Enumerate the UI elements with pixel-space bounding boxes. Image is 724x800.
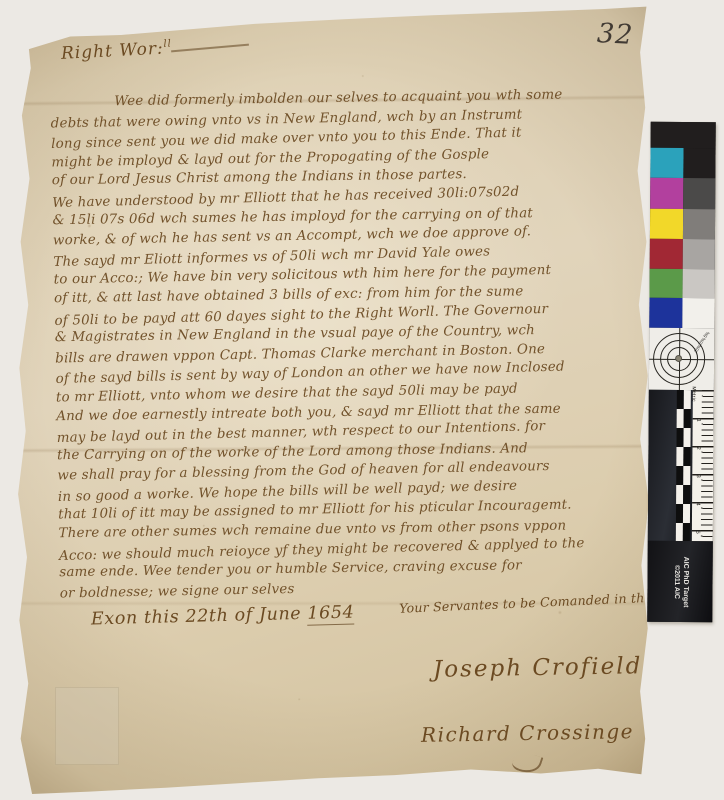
salutation-superscript: ll (163, 38, 172, 49)
gray-patch-dark (683, 178, 715, 209)
dateline: Exon this 22th of June 1654 (91, 603, 355, 630)
checker-column (683, 390, 691, 541)
bullseye-target: 5% 10% 20% (649, 328, 714, 390)
manuscript-photo: Right Wor:ll 32 Wee did formerly imbolde… (0, 0, 724, 800)
color-patch-magenta (650, 178, 683, 209)
gray-patch-black (683, 148, 715, 178)
ruler-number: 1 (695, 419, 701, 422)
color-patch-blue (649, 298, 682, 328)
color-patch-cyan (650, 148, 683, 178)
letter-body: Wee did formerly imbolden our selves to … (50, 84, 632, 604)
gray-patch-white (682, 298, 714, 328)
color-patch-black (651, 122, 716, 148)
dateline-text: Exon this 22th of June (91, 604, 308, 630)
signature-joseph-crofield: Joseph Crofield (433, 653, 643, 683)
ruler-number: 4 (695, 503, 701, 506)
flourish-line (171, 44, 249, 52)
checker-pattern (676, 390, 691, 541)
ruler-number: 2 (695, 447, 701, 450)
calibration-target: 5% 10% 20% Metric 1 2 3 4 5 AIC PhD Targ… (647, 122, 715, 622)
gray-patch-mid (683, 209, 715, 239)
color-patch-green (650, 269, 683, 298)
gray-patch-light (683, 239, 715, 269)
target-copyright: ©2011 AIC (673, 564, 680, 598)
target-title: AIC PhD Target (681, 556, 688, 607)
paper-repair-patch (55, 687, 119, 765)
signature-richard-crossinge: Richard Crossinge (421, 719, 634, 747)
ruler-ticks (692, 390, 714, 541)
color-patch-red (650, 239, 683, 269)
salutation: Right Wor:ll (61, 38, 173, 64)
gray-patch-lighter (683, 269, 715, 298)
ruler-unit-label: Metric (690, 386, 696, 401)
metric-ruler: Metric 1 2 3 4 5 (648, 390, 714, 541)
letter-page: Right Wor:ll 32 Wee did formerly imbolde… (13, 5, 649, 794)
target-label-panel: AIC PhD Target ©2011 AIC (647, 541, 713, 622)
dateline-year: 1654 (307, 603, 354, 626)
page-number: 32 (596, 18, 634, 51)
color-patch-yellow (650, 209, 683, 239)
ruler-number: 5 (694, 531, 700, 534)
salutation-text: Right Wor: (61, 39, 165, 64)
bullseye-center-dot (675, 355, 682, 362)
signature-flourish (511, 749, 544, 777)
target-label-text: AIC PhD Target ©2011 AIC (671, 556, 688, 607)
ruler-number: 3 (695, 475, 701, 478)
